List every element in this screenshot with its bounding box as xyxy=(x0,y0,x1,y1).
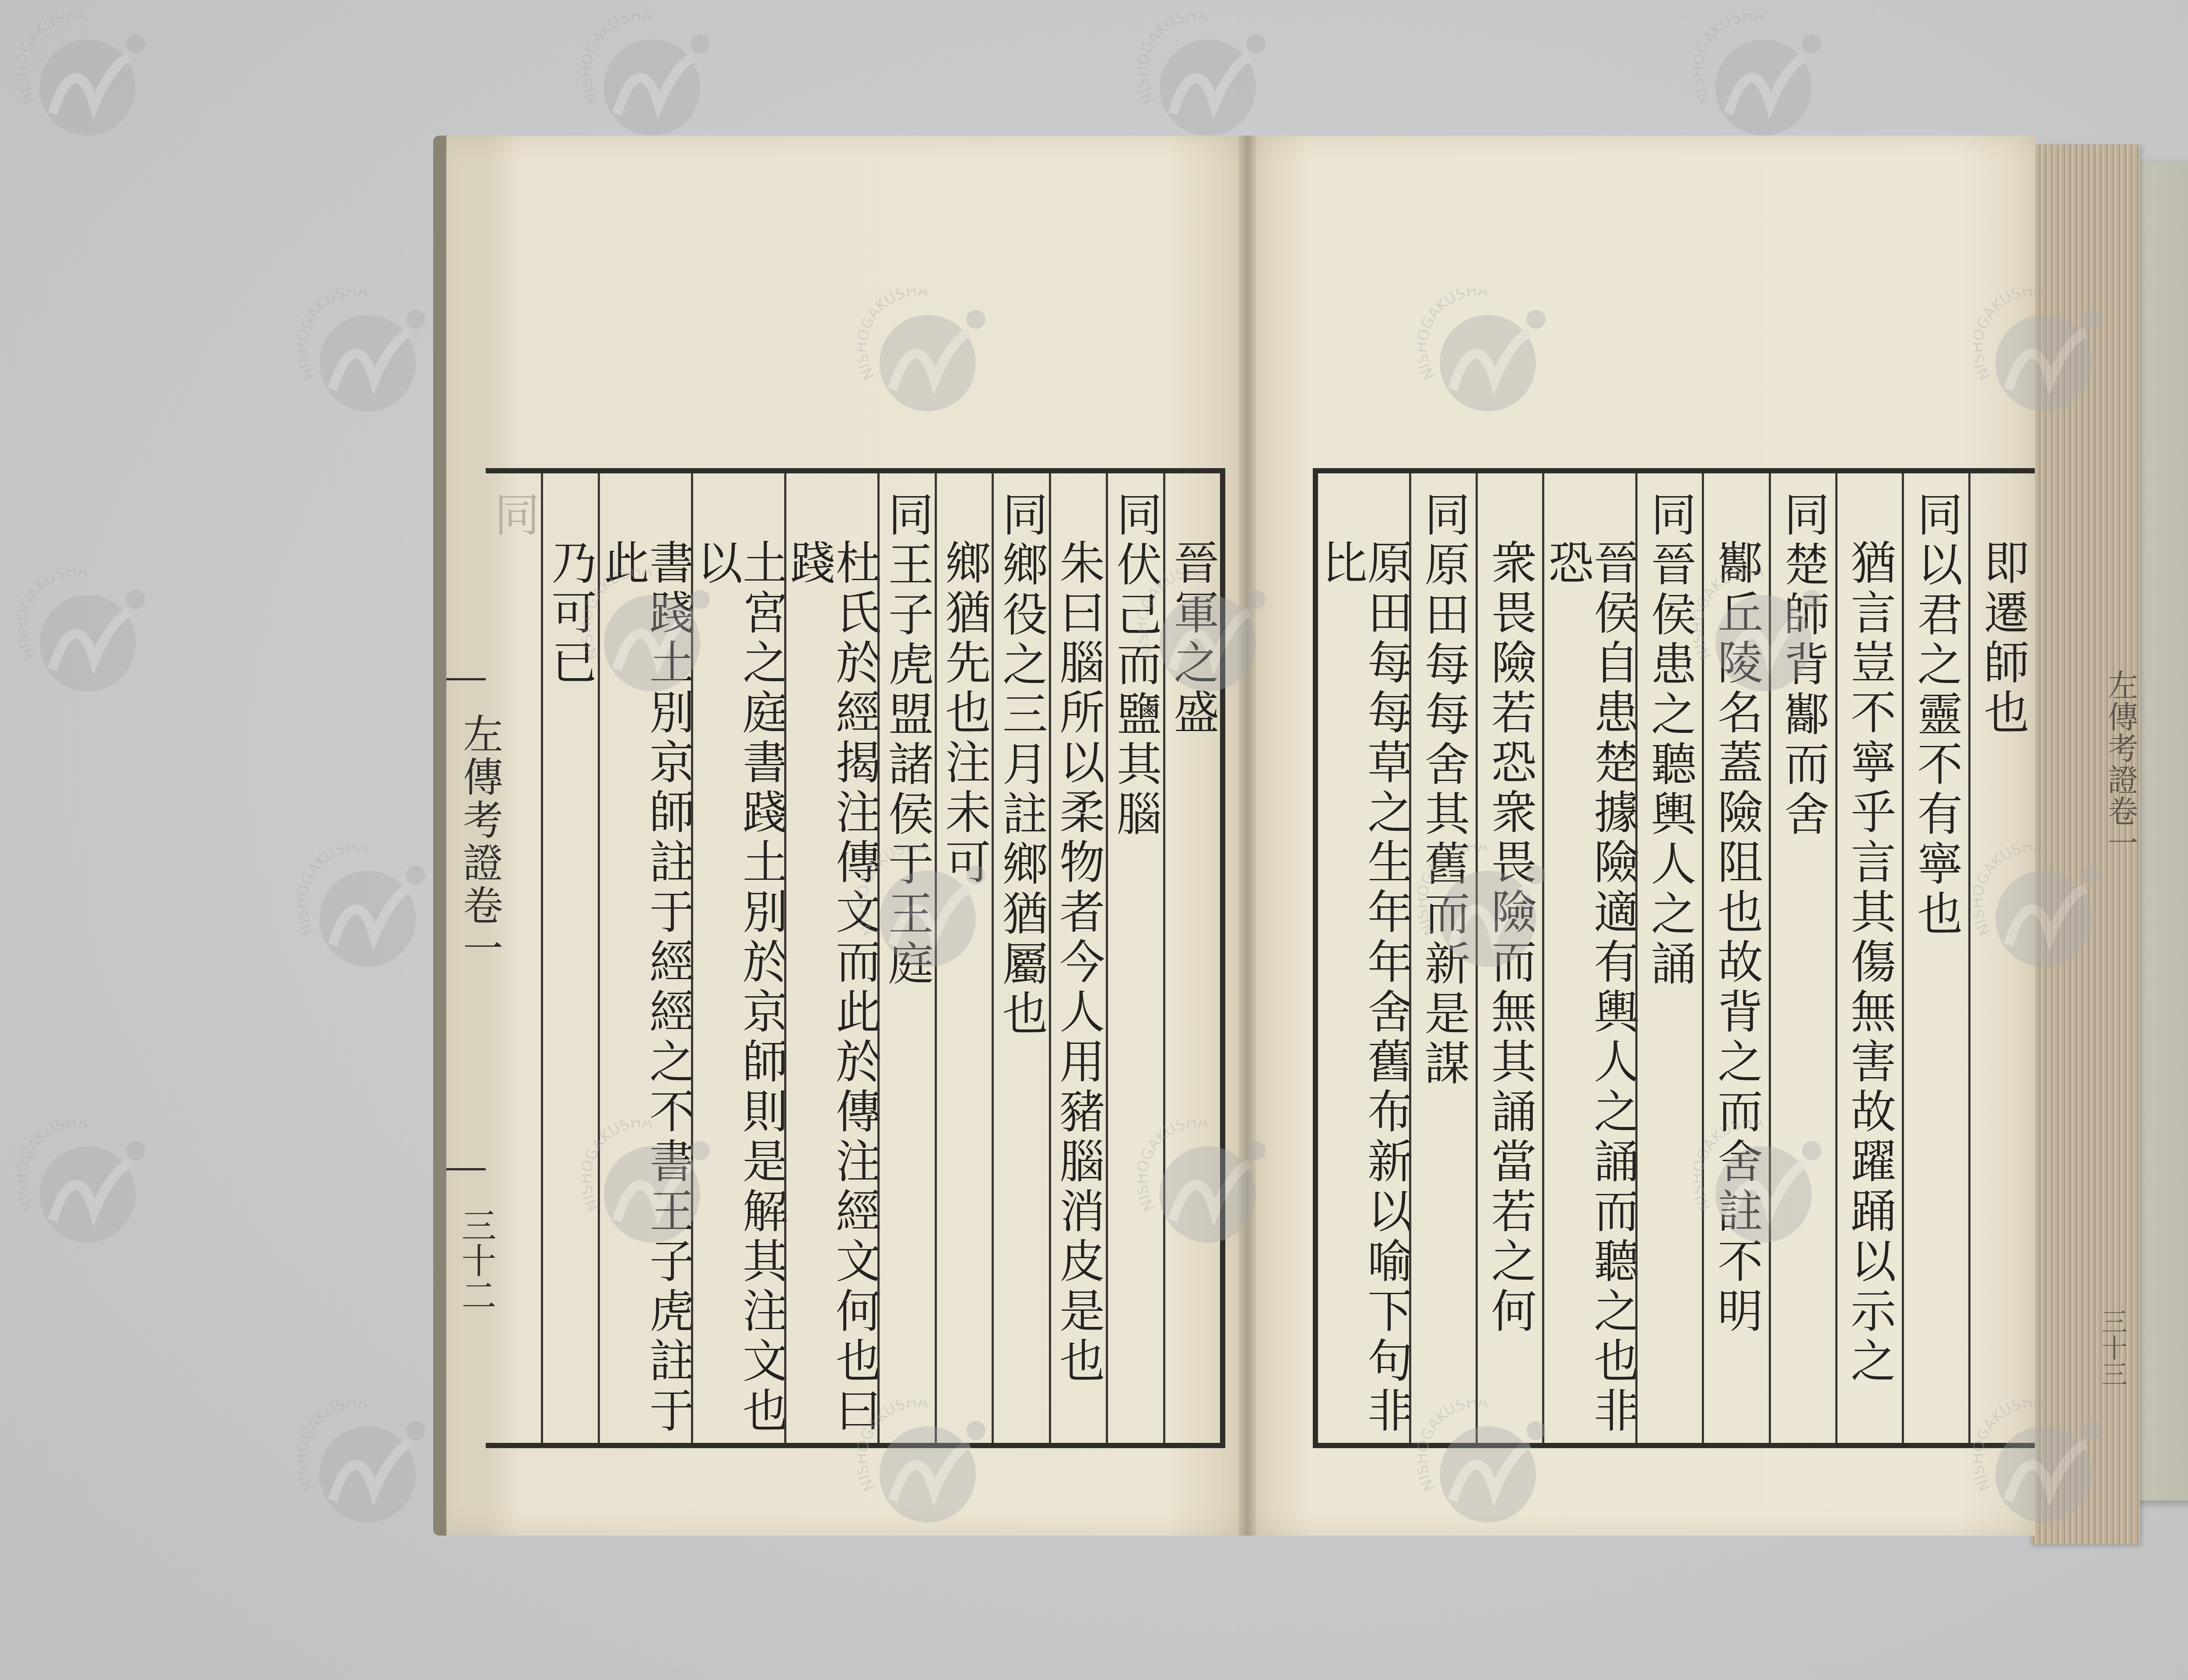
text-column: 同鄉役之三月註鄉猶屬也 xyxy=(992,473,1049,1443)
text-columns: 晉軍之盛同伏己而鹽其腦朱曰腦所以柔物者今人用豬腦消皮是也同鄉役之三月註鄉猶屬也鄉… xyxy=(486,473,1220,1443)
text-column: 同原田每每舍其舊而新是謀 xyxy=(1409,473,1476,1443)
margin-rule xyxy=(446,1168,486,1170)
text-column: 同 xyxy=(486,473,541,1443)
left-page: 左傳考證卷一 三十二 晉軍之盛同伏己而鹽其腦朱曰腦所以柔物者今人用豬腦消皮是也同… xyxy=(433,136,1247,1536)
text-column: 同王子虎盟諸侯于王庭 xyxy=(877,473,935,1443)
right-page: 即遷師也同以君之靈不有寧也猶言豈不寧乎言其傷無害故躍踊以示之同楚師背酅而舍酅丘陵… xyxy=(1247,136,2035,1536)
open-book: 左傳考證卷一 三十三 左傳考證卷一 三十二 晉軍之盛同伏己而鹽其腦朱曰腦所以柔物… xyxy=(433,127,2188,1540)
text-column: 杜氏於經揭注傳文而此於傳注經文何也曰踐 xyxy=(784,473,877,1443)
text-column: 同伏己而鹽其腦 xyxy=(1106,473,1163,1443)
text-columns: 即遷師也同以君之靈不有寧也猶言豈不寧乎言其傷無害故躍踊以示之同楚師背酅而舍酅丘陵… xyxy=(1318,473,2035,1443)
text-column: 原田每每草之生年年舍舊布新以喻下句非比 xyxy=(1318,473,1409,1443)
text-column: 鄉猶先也注未可 xyxy=(935,473,992,1443)
text-frame: 晉軍之盛同伏己而鹽其腦朱曰腦所以柔物者今人用豬腦消皮是也同鄉役之三月註鄉猶屬也鄉… xyxy=(486,468,1225,1448)
text-column: 乃可已 xyxy=(541,473,598,1443)
text-column: 即遷師也 xyxy=(1968,473,2035,1443)
text-column: 衆畏險若恐衆畏險而無其誦當若之何 xyxy=(1476,473,1542,1443)
text-frame: 即遷師也同以君之靈不有寧也猶言豈不寧乎言其傷無害故躍踊以示之同楚師背酅而舍酅丘陵… xyxy=(1313,468,2035,1448)
text-column: 晉侯自患楚據險適有輿人之誦而聽之也非恐 xyxy=(1542,473,1635,1443)
text-column: 同晉侯患之聽輿人之誦 xyxy=(1635,473,1702,1443)
text-column: 朱曰腦所以柔物者今人用豬腦消皮是也 xyxy=(1049,473,1106,1443)
text-column: 同楚師背酅而舍 xyxy=(1769,473,1835,1443)
fore-edge-title: 左傳考證卷一 xyxy=(2044,669,2131,858)
text-column: 酅丘陵名蓋險阻也故背之而舍註不明 xyxy=(1702,473,1768,1443)
text-column: 同以君之靈不有寧也 xyxy=(1902,473,1968,1443)
text-column: 晉軍之盛 xyxy=(1163,473,1220,1443)
text-column: 猶言豈不寧乎言其傷無害故躍踊以示之 xyxy=(1835,473,1902,1443)
text-column: 土宮之庭書踐土別於京師則是解其注文也以 xyxy=(691,473,784,1443)
fore-edge-folio: 三十三 xyxy=(2044,1308,2131,1387)
book-gutter xyxy=(1238,136,1256,1536)
margin-rule xyxy=(446,678,486,680)
text-column: 書踐土別京師註于經經之不書王子虎註于此 xyxy=(598,473,691,1443)
